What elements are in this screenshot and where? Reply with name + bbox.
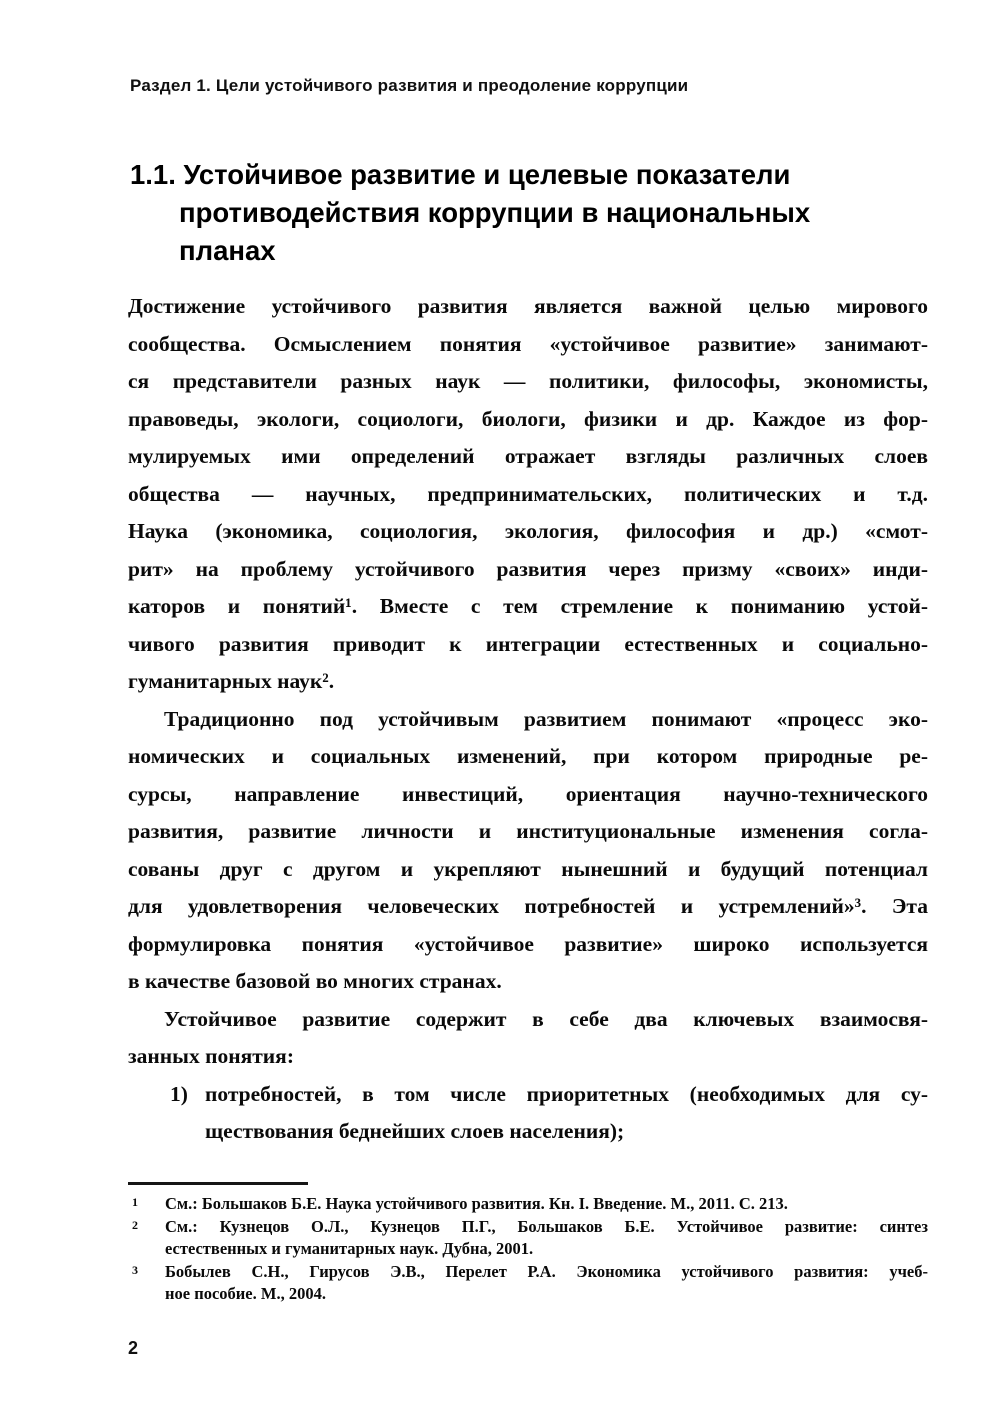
text-line: занных понятия: [128, 1038, 928, 1076]
footnote-marker: 3 [132, 1259, 138, 1282]
list-text: потребностей, в том числе приоритетных (… [205, 1082, 928, 1106]
list-marker: 1) [170, 1076, 188, 1114]
footnote-line: См.: Кузнецов О.Л., Кузнецов П.Г., Больш… [165, 1216, 928, 1239]
list-line: ществования беднейших слоев населения); [128, 1113, 928, 1151]
text-line: формулировка понятия «устойчивое развити… [128, 926, 928, 964]
footnote-marker: 1 [132, 1191, 138, 1214]
footnote: 2См.: Кузнецов О.Л., Кузнецов П.Г., Боль… [128, 1216, 928, 1261]
text-line: сурсы, направление инвестиций, ориентаци… [128, 776, 928, 814]
footnote-separator [128, 1182, 308, 1185]
footnote-line: ное пособие. М., 2004. [165, 1283, 928, 1306]
text-line: рит» на проблему устойчивого развития че… [128, 551, 928, 589]
text-line: Наука (экономика, социология, экология, … [128, 513, 928, 551]
text-line: Традиционно под устойчивым развитием пон… [128, 701, 928, 739]
text-line: каторов и понятий¹. Вместе с тем стремле… [128, 588, 928, 626]
footnote: 1См.: Большаков Б.Е. Наука устойчивого р… [128, 1193, 928, 1216]
heading-line: противодействия коррупции в национальных [130, 194, 910, 232]
book-page: Раздел 1. Цели устойчивого развития и пр… [0, 0, 1000, 1409]
text-line: в качестве базовой во многих странах. [128, 963, 928, 1001]
text-line: развития, развитие личности и институцио… [128, 813, 928, 851]
footnote-line: естественных и гуманитарных наук. Дубна,… [165, 1238, 928, 1261]
section-heading: 1.1. Устойчивое развитие и целевые показ… [130, 156, 910, 270]
footnote: 3Бобылев С.Н., Гирусов Э.В., Перелет Р.А… [128, 1261, 928, 1306]
list-line: 1)потребностей, в том числе приоритетных… [128, 1076, 928, 1114]
running-head: Раздел 1. Цели устойчивого развития и пр… [130, 76, 688, 96]
text-line: мулируемых ими определений отражает взгл… [128, 438, 928, 476]
page-number: 2 [128, 1338, 138, 1359]
text-line: чивого развития приводит к интеграции ес… [128, 626, 928, 664]
heading-line: планах [130, 232, 910, 270]
text-line: гуманитарных наук². [128, 663, 928, 701]
footnotes: 1См.: Большаков Б.Е. Наука устойчивого р… [128, 1182, 928, 1306]
text-line: номических и социальных изменений, при к… [128, 738, 928, 776]
text-line: общества — научных, предпринимательских,… [128, 476, 928, 514]
footnote-list: 1См.: Большаков Б.Е. Наука устойчивого р… [128, 1193, 928, 1306]
text-line: правоведы, экологи, социологи, биологи, … [128, 401, 928, 439]
text-line: Устойчивое развитие содержит в себе два … [128, 1001, 928, 1039]
text-line: для удовлетворения человеческих потребно… [128, 888, 928, 926]
text-line: Достижение устойчивого развития является… [128, 288, 928, 326]
text-line: сообщества. Осмыслением понятия «устойчи… [128, 326, 928, 364]
text-line: сованы друг с другом и укрепляют нынешни… [128, 851, 928, 889]
footnote-marker: 2 [132, 1214, 138, 1237]
footnote-line: Бобылев С.Н., Гирусов Э.В., Перелет Р.А.… [165, 1261, 928, 1284]
footnote-line: См.: Большаков Б.Е. Наука устойчивого ра… [165, 1193, 928, 1216]
text-line: ся представители разных наук — политики,… [128, 363, 928, 401]
body-text: Достижение устойчивого развития является… [128, 288, 928, 1151]
heading-line: 1.1. Устойчивое развитие и целевые показ… [130, 156, 910, 194]
